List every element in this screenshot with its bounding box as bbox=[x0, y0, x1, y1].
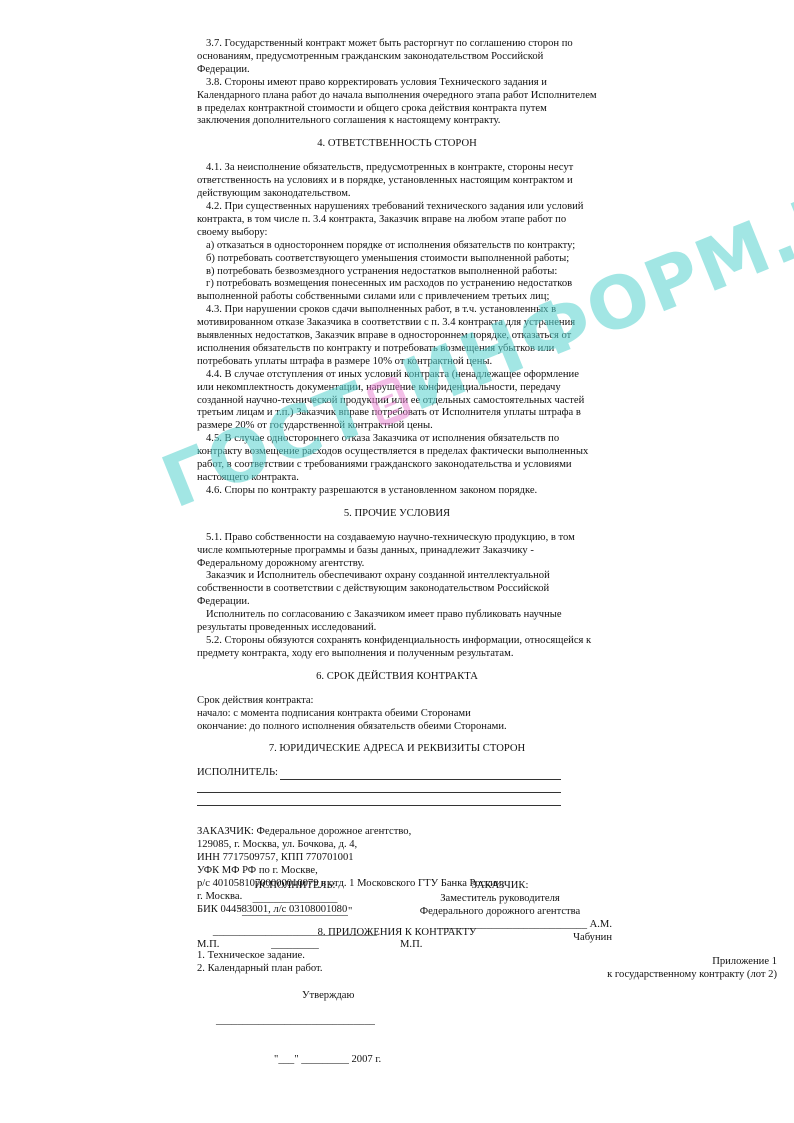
attachment-2: 2. Календарный план работ. bbox=[197, 963, 597, 976]
appendix-header: Приложение 1 к государственному контракт… bbox=[540, 956, 777, 982]
section-4-title: 4. ОТВЕТСТВЕННОСТЬ СТОРОН bbox=[197, 138, 597, 151]
executor-label: ИСПОЛНИТЕЛЬ: bbox=[197, 767, 278, 780]
clause-5-1-c: Исполнитель по согласованию с Заказчиком… bbox=[197, 609, 597, 635]
clause-4-2: 4.2. При существенных нарушениях требова… bbox=[197, 201, 597, 240]
approve-line: ______________________________ bbox=[216, 1015, 375, 1028]
stamp-right: М.П. bbox=[400, 939, 422, 952]
clause-4-2-a: а) отказаться в одностороннем порядке от… bbox=[197, 240, 597, 253]
customer-address: 129085, г. Москва, ул. Бочкова, д. 4, bbox=[197, 839, 597, 852]
executor-signature-block: ИСПОЛНИТЕЛЬ: ________________ "_________… bbox=[205, 880, 385, 952]
executor-blank bbox=[280, 768, 561, 780]
customer-inn: ИНН 7717509757, КПП 770701001 bbox=[197, 852, 597, 865]
customer-signature-block: ЗАКАЗЧИК: Заместитель руководителя Федер… bbox=[400, 880, 600, 945]
executor-sign-title: ИСПОЛНИТЕЛЬ: bbox=[205, 880, 385, 893]
clause-4-5: 4.5. В случае одностороннего отказа Зака… bbox=[197, 433, 597, 485]
stamp-left: М.П. bbox=[197, 939, 219, 952]
section-5-title: 5. ПРОЧИЕ УСЛОВИЯ bbox=[197, 508, 597, 521]
approve-label: Утверждаю bbox=[302, 990, 354, 1003]
clause-3-7: 3.7. Государственный контракт может быть… bbox=[197, 38, 597, 77]
executor-sign-line-2: _______________________________ ________… bbox=[205, 926, 385, 952]
clause-4-2-c: в) потребовать безвозмездного устранения… bbox=[197, 266, 597, 279]
customer-name: ЗАКАЗЧИК: Федеральное дорожное агентство… bbox=[197, 826, 597, 839]
approve-date: "___" _________ 2007 г. bbox=[274, 1054, 381, 1067]
clause-5-1-b: Заказчик и Исполнитель обеспечивают охра… bbox=[197, 570, 597, 609]
clause-4-6: 4.6. Споры по контракту разрешаются в ус… bbox=[197, 485, 597, 498]
term-end: окончание: до полного исполнения обязате… bbox=[197, 721, 597, 734]
customer-sign-line: ____________________________ А.М. Чабуни… bbox=[400, 919, 612, 945]
clause-4-3: 4.3. При нарушении сроков сдачи выполнен… bbox=[197, 304, 597, 369]
clause-5-2: 5.2. Стороны обязуются сохранять конфиде… bbox=[197, 635, 597, 661]
customer-role-1: Заместитель руководителя bbox=[400, 893, 600, 906]
clause-4-4: 4.4. В случае отступления от иных услови… bbox=[197, 369, 597, 434]
clause-4-1: 4.1. За неисполнение обязательств, преду… bbox=[197, 162, 597, 201]
clause-3-8: 3.8. Стороны имеют право корректировать … bbox=[197, 77, 597, 129]
section-7-title: 7. ЮРИДИЧЕСКИЕ АДРЕСА И РЕКВИЗИТЫ СТОРОН bbox=[197, 743, 597, 756]
clause-4-2-b: б) потребовать соответствующего уменьшен… bbox=[197, 253, 597, 266]
appendix-title: Приложение 1 bbox=[540, 956, 777, 969]
executor-blank-3 bbox=[197, 793, 561, 806]
executor-field: ИСПОЛНИТЕЛЬ: bbox=[197, 767, 561, 780]
term-start: начало: с момента подписания контракта о… bbox=[197, 708, 597, 721]
document-page: 3.7. Государственный контракт может быть… bbox=[197, 38, 597, 976]
attachment-1: 1. Техническое задание. bbox=[197, 950, 597, 963]
term-line: Срок действия контракта: bbox=[197, 695, 597, 708]
executor-blank-2 bbox=[197, 780, 561, 793]
customer-sign-title: ЗАКАЗЧИК: bbox=[400, 880, 600, 893]
customer-ufk: УФК МФ РФ по г. Москве, bbox=[197, 865, 597, 878]
appendix-subtitle: к государственному контракту (лот 2) bbox=[540, 969, 777, 982]
customer-role-2: Федерального дорожного агентства bbox=[400, 906, 600, 919]
executor-sign-line-1: ________________ "____________________" bbox=[205, 893, 385, 919]
section-6-title: 6. СРОК ДЕЙСТВИЯ КОНТРАКТА bbox=[197, 671, 597, 684]
clause-4-2-d: г) потребовать возмещения понесенных им … bbox=[197, 278, 597, 304]
clause-5-1: 5.1. Право собственности на создаваемую … bbox=[197, 532, 597, 571]
